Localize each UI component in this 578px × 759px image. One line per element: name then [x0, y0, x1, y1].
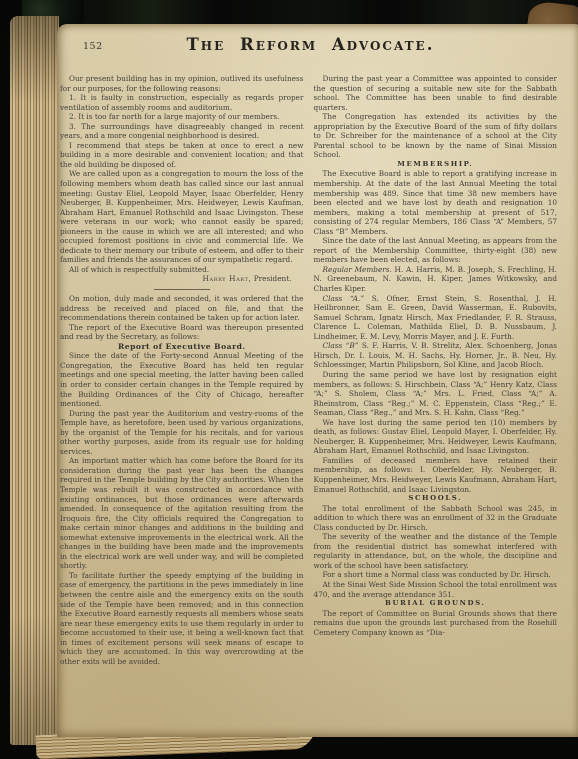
- signature-title: President.: [251, 274, 291, 283]
- list-item: 3. The surroundings have disagreeably ch…: [60, 122, 304, 141]
- paragraph: At the Sinai West Side Mission School th…: [314, 580, 558, 599]
- member-class-label: Class “B”: [323, 341, 359, 350]
- signature-line: Harry Hart, President.: [60, 274, 304, 284]
- list-item: 2. It is too far north for a large major…: [60, 112, 304, 122]
- book-page-edges-shading: [10, 16, 59, 745]
- paragraph-class-b: Class “B” S. F. Harris, V. B. Strelitz, …: [314, 341, 558, 370]
- list-item: 1. It is faulty in construction, especia…: [60, 93, 304, 112]
- paragraph: Families of deceased members have retain…: [314, 456, 558, 494]
- paragraph: The report of the Executive Board was th…: [60, 323, 304, 342]
- book-page: 152 The Reform Advocate. Our present bui…: [57, 24, 578, 737]
- paragraph: Since the date of the Forty-second Annua…: [60, 351, 304, 408]
- section-heading-report: Report of Executive Board.: [60, 342, 304, 352]
- paragraph: For a short time a Normal class was cond…: [314, 570, 558, 580]
- paragraph: On motion, duly made and seconded, it wa…: [60, 294, 304, 323]
- paragraph: During the same period we have lost by r…: [314, 370, 558, 418]
- paragraph: During the past year the Auditorium and …: [60, 409, 304, 457]
- paragraph: We are called upon as a congregation to …: [60, 169, 304, 264]
- section-heading-burial: BURIAL GROUNDS.: [314, 599, 558, 609]
- paragraph: The total enrollment of the Sabbath Scho…: [314, 504, 558, 533]
- paragraph: All of which is respectfully submitted.: [60, 265, 304, 275]
- member-class-label: Class “A.”: [323, 294, 365, 303]
- book-photo: 152 The Reform Advocate. Our present bui…: [0, 0, 578, 759]
- paragraph: Since the date of the last Annual Meetin…: [314, 236, 558, 265]
- text-columns: Our present building has in my opinion, …: [60, 74, 557, 731]
- paragraph-class-a: Class “A.” S. Ofner, Ernst Stein, S. Ros…: [314, 294, 558, 342]
- paragraph: I recommend that steps be taken at once …: [60, 141, 304, 170]
- paragraph: During the past year a Committee was app…: [314, 74, 558, 112]
- left-column: Our present building has in my opinion, …: [60, 74, 304, 731]
- paragraph: To facilitate further the speedy emptyin…: [60, 571, 304, 666]
- paragraph: The severity of the weather and the dist…: [314, 532, 558, 570]
- paragraph: The report of Committee on Burial Ground…: [314, 609, 558, 638]
- paragraph: An important matter which has come befor…: [60, 456, 304, 571]
- paragraph: We have lost during the same period ten …: [314, 418, 558, 456]
- paragraph: Our present building has in my opinion, …: [60, 74, 304, 93]
- member-class-label: Regular Members.: [323, 265, 392, 274]
- paragraph-regular-members: Regular Members. H. A. Harris, M. B. Jos…: [314, 265, 558, 294]
- section-divider: [154, 289, 210, 290]
- section-heading-schools: SCHOOLS.: [314, 494, 558, 504]
- right-column: During the past year a Committee was app…: [314, 74, 558, 731]
- page-title: The Reform Advocate.: [57, 35, 564, 54]
- paragraph: The Executive Board is able to report a …: [314, 169, 558, 236]
- signature-name: Harry Hart,: [203, 274, 252, 283]
- paragraph: The Congregation has extended its activi…: [314, 112, 558, 160]
- section-heading-membership: MEMBERSHIP.: [314, 160, 558, 170]
